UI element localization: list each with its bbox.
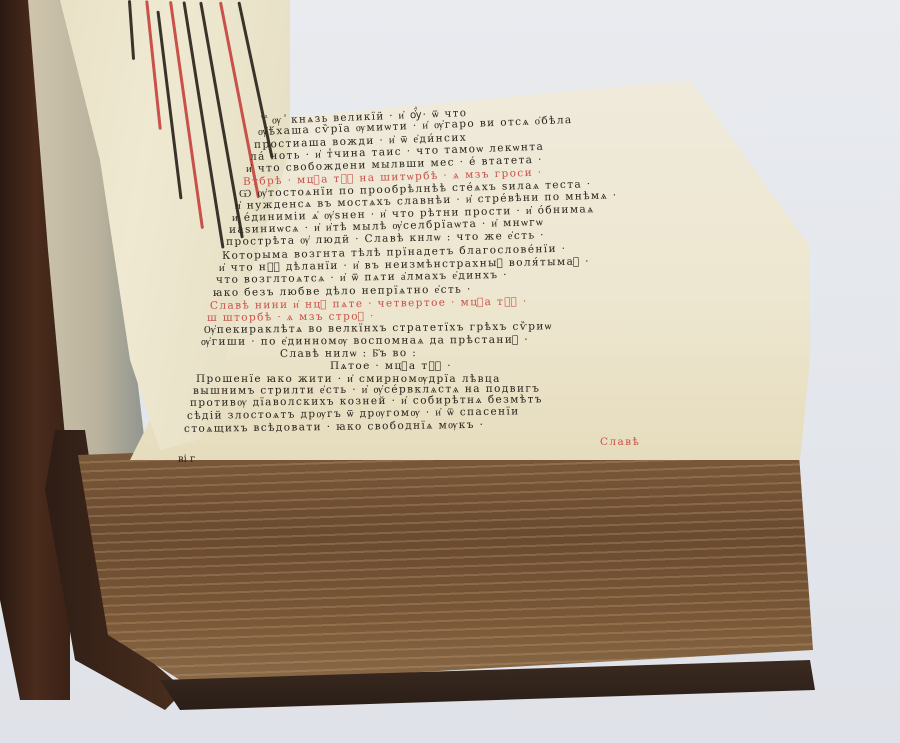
text-line: Славѣ нилѡ : Б҃ъ во : [280,347,417,360]
page-text: ⷭ ⷣ ѹ ⷯ кнѧзь великїй · и҆ ѹ҆ⷣ· ѿ что ѹ҆… [0,0,900,743]
folio-mark: ві г [178,454,195,465]
text-line: ѹ҆гиши · по е҆динномѹ воспомнаѧ да прѣст… [201,334,529,348]
section-heading: Пѧтое · мцⷭа тѧⷣ · [330,360,452,372]
book-photo: ⷭ ⷣ ѹ ⷯ кнѧзь великїй · и҆ ѹ҆ⷣ· ѿ что ѹ҆… [0,0,900,743]
catchword: Славѣ [600,436,640,448]
